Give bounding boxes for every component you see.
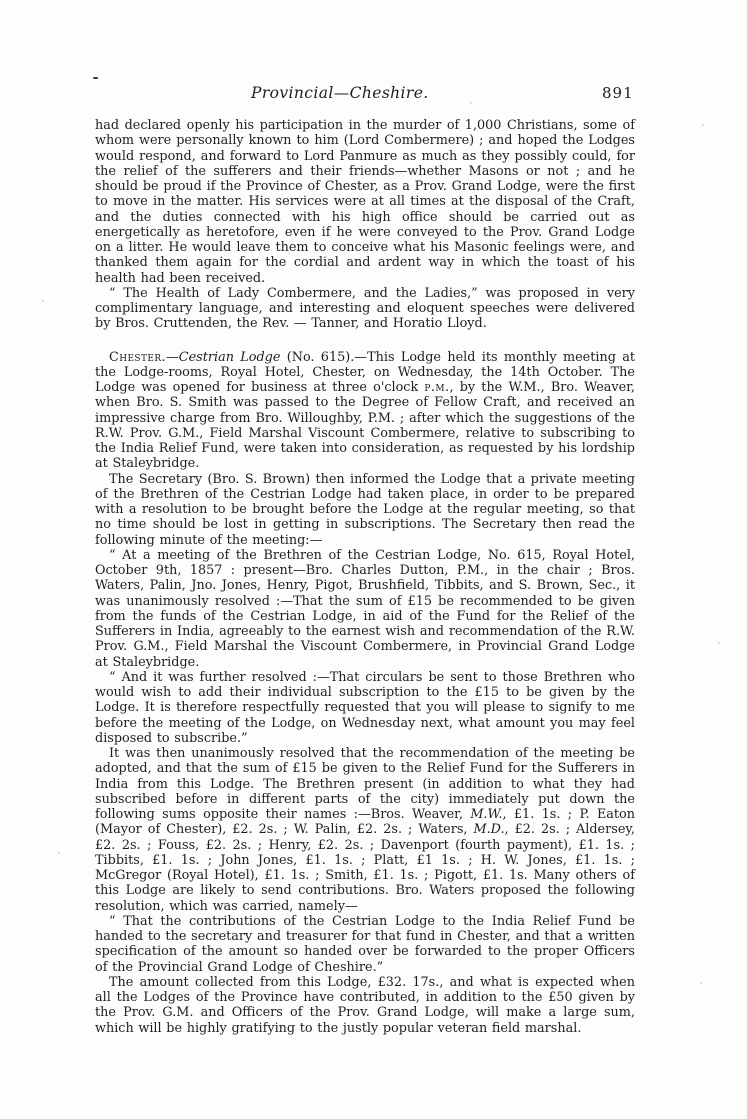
scanned-page: Provincial—Cheshire. 891 had declared op… <box>0 0 747 1119</box>
ink-speck-artifact <box>93 77 98 79</box>
paragraph: “ At a meeting of the Brethren of the Ce… <box>95 548 635 670</box>
scan-speckle <box>702 124 704 126</box>
article-body: had declared openly his participation in… <box>95 118 635 1036</box>
text-run-italic: M.D. <box>473 822 504 837</box>
text-run: “ At a meeting of the Brethren of the Ce… <box>95 548 635 670</box>
text-run-italic: M.W. <box>470 807 502 822</box>
text-run: “ And it was further resolved :—That cir… <box>95 670 635 746</box>
paragraph: It was then unanimously resolved that th… <box>95 746 635 914</box>
page-header-title: Provincial—Cheshire. <box>251 84 429 102</box>
text-run-italic: Cestrian Lodge <box>179 350 281 365</box>
scan-speckle <box>42 300 44 302</box>
paragraph: Chester.—Cestrian Lodge (No. 615).—This … <box>95 350 635 472</box>
scan-speckle <box>700 982 702 984</box>
page-number: 891 <box>602 84 634 102</box>
text-run: — <box>166 350 179 365</box>
scan-speckle <box>470 102 472 104</box>
scan-speckle <box>58 852 60 854</box>
text-run: The amount collected from this Lodge, £3… <box>95 975 635 1036</box>
text-run: The Secretary (Bro. S. Brown) then infor… <box>95 472 635 548</box>
paragraph: The Secretary (Bro. S. Brown) then infor… <box>95 472 635 548</box>
paragraph: “ The Health of Lady Combermere, and the… <box>95 286 635 332</box>
paragraph: The amount collected from this Lodge, £3… <box>95 975 635 1036</box>
paragraph: “ That the contributions of the Cestrian… <box>95 914 635 975</box>
paragraph: had declared openly his participation in… <box>95 118 635 286</box>
running-head: Provincial—Cheshire. 891 <box>95 84 635 102</box>
scan-speckle <box>718 642 720 644</box>
text-run: “ The Health of Lady Combermere, and the… <box>95 286 635 332</box>
text-run: “ That the contributions of the Cestrian… <box>95 914 635 975</box>
paragraph: “ And it was further resolved :—That cir… <box>95 670 635 746</box>
text-run-smallcaps: p.m. <box>424 380 449 395</box>
text-run-smallcaps: Chester. <box>109 350 166 365</box>
text-run: had declared openly his participation in… <box>95 118 635 286</box>
